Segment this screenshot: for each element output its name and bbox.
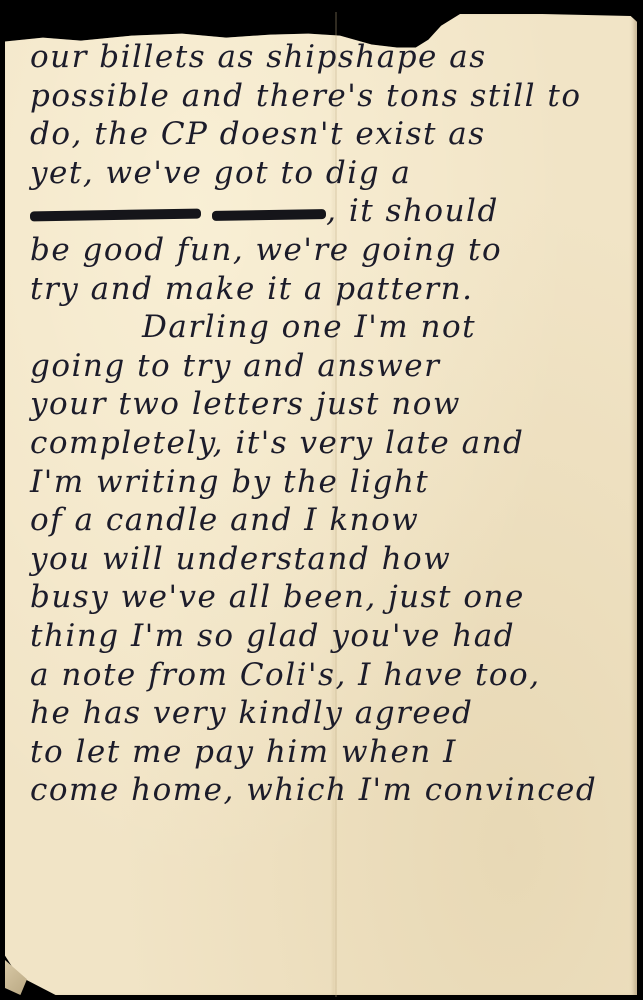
letter-line-4: yet, we've got to dig a bbox=[30, 154, 630, 193]
letter-line-18: he has very kindly agreed bbox=[30, 694, 630, 733]
letter-line-1: our billets as shipshape as bbox=[30, 38, 630, 77]
letter-line-8-paragraph-start: Darling one I'm not bbox=[30, 308, 630, 347]
letter-line-19: to let me pay him when I bbox=[30, 733, 630, 772]
letter-line-6: be good fun, we're going to bbox=[30, 231, 630, 270]
letter-line-11: completely, it's very late and bbox=[30, 424, 630, 463]
letter-line-5-tail: , it should bbox=[326, 193, 499, 229]
letter-line-12: I'm writing by the light bbox=[30, 463, 630, 502]
letter-line-3: do, the CP doesn't exist as bbox=[30, 115, 630, 154]
letter-line-7: try and make it a pattern. bbox=[30, 270, 630, 309]
handwritten-letter-body: our billets as shipshape as possible and… bbox=[30, 38, 630, 810]
letter-line-16: thing I'm so glad you've had bbox=[30, 617, 630, 656]
letter-line-5-redacted: xxxxxxxxx xxxxxx, it should bbox=[30, 192, 630, 231]
letter-line-10: your two letters just now bbox=[30, 385, 630, 424]
letter-line-17: a note from Coli's, I have too, bbox=[30, 656, 630, 695]
letter-line-9: going to try and answer bbox=[30, 347, 630, 386]
redacted-word-2: xxxxxx bbox=[212, 192, 326, 231]
letter-line-13: of a candle and I know bbox=[30, 501, 630, 540]
redacted-word-1: xxxxxxxxx bbox=[30, 192, 201, 231]
letter-line-20: come home, which I'm convinced bbox=[30, 771, 630, 810]
letter-line-14: you will understand how bbox=[30, 540, 630, 579]
letter-line-15: busy we've all been, just one bbox=[30, 578, 630, 617]
letter-line-2: possible and there's tons still to bbox=[30, 77, 630, 116]
